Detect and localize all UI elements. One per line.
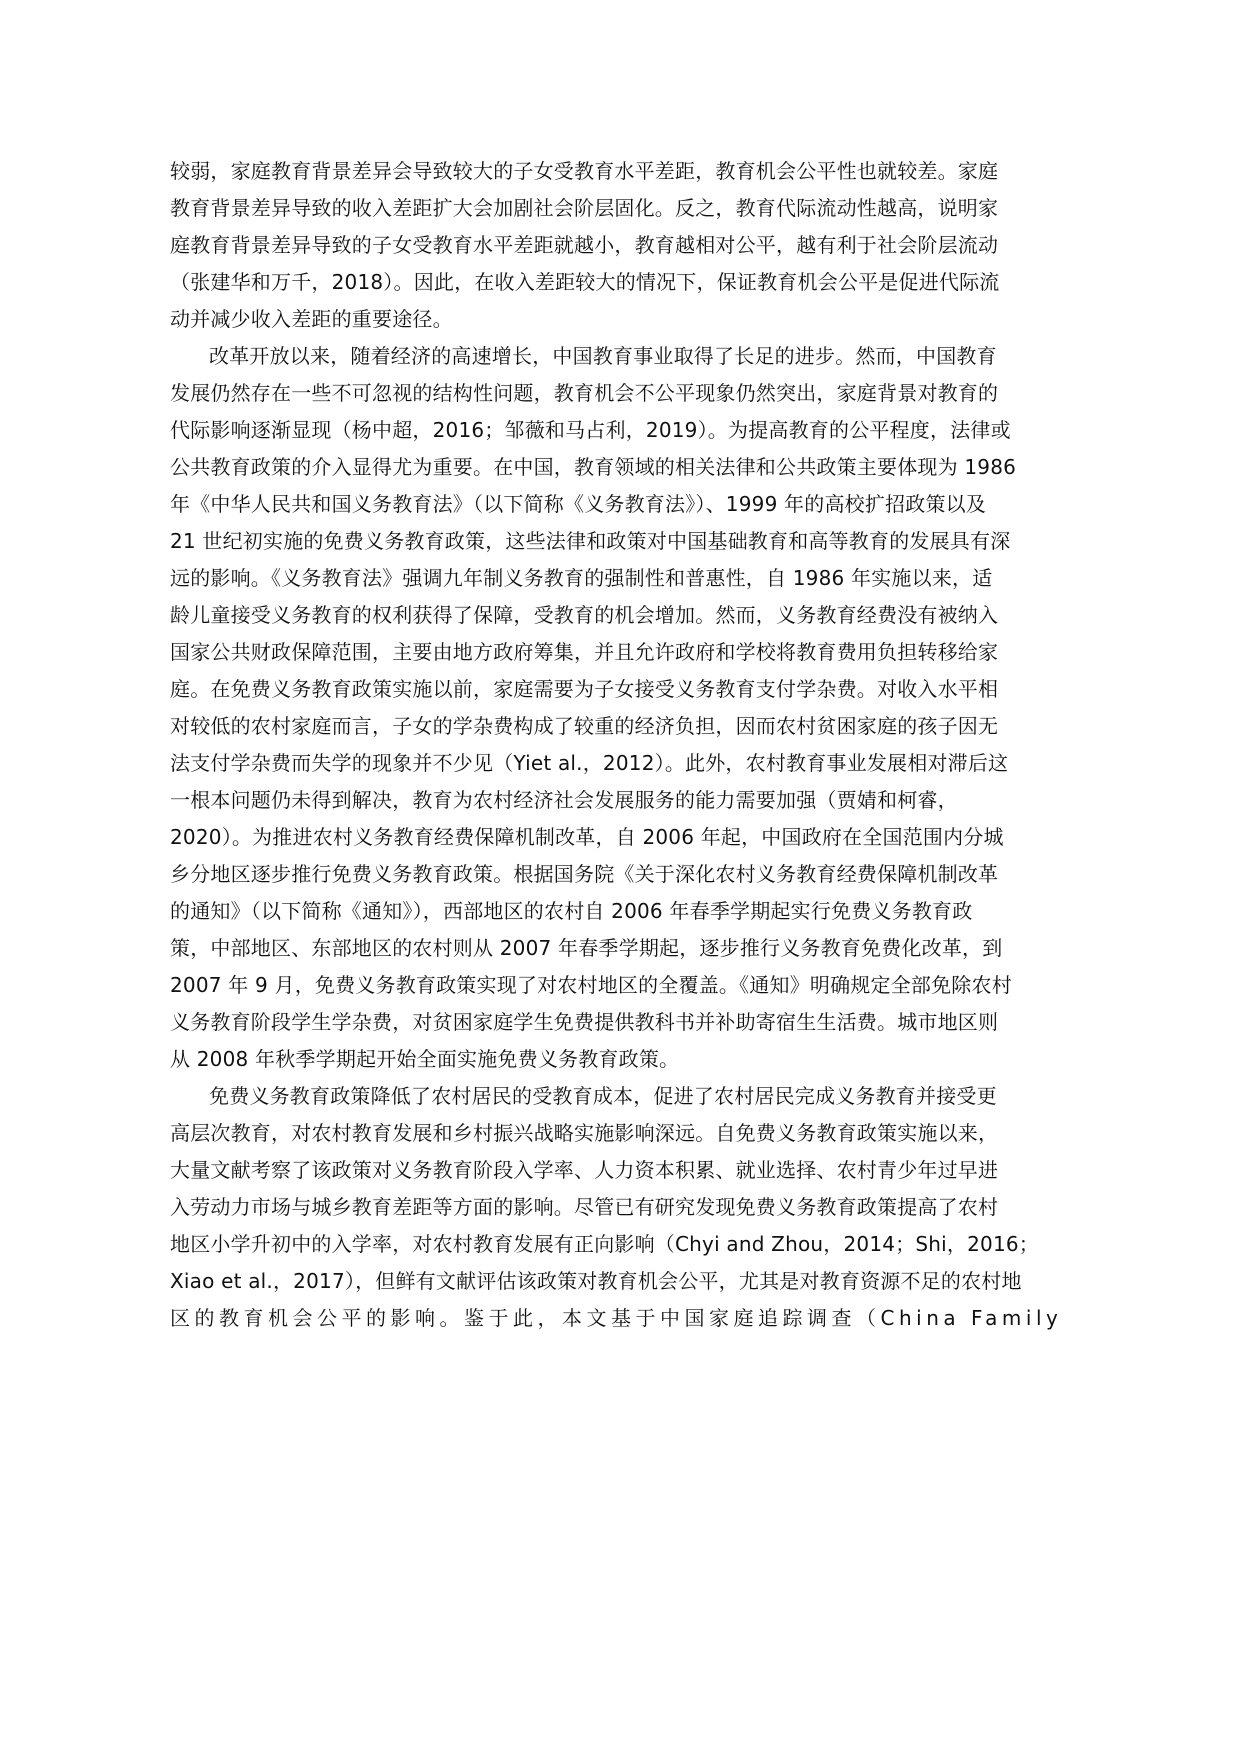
text-line: 入劳动力市场与城乡教育差距等方面的影响。尽管已有研究发现免费义务教育政策提高了农… [170, 1189, 1070, 1226]
text-line: 动并减少收入差距的重要途径。 [170, 301, 1070, 338]
text-line: 高层次教育，对农村教育发展和乡村振兴战略实施影响深远。自免费义务教育政策实施以来… [170, 1115, 1070, 1152]
text-line: 远的影响。《义务教育法》强调九年制义务教育的强制性和普惠性，自 1986 年实施… [170, 560, 1070, 597]
text-line: 从 2008 年秋季学期起开始全面实施免费义务教育政策。 [170, 1041, 1070, 1078]
text-line: 对较低的农村家庭而言，子女的学杂费构成了较重的经济负担，因而农村贫困家庭的孩子因… [170, 708, 1070, 745]
text-line: 代际影响逐渐显现（杨中超，2016；邹薇和马占利，2019）。为提高教育的公平程… [170, 412, 1070, 449]
text-line: 的通知》（以下简称《通知》），西部地区的农村自 2006 年春季学期起实行免费义… [170, 893, 1070, 930]
text-line: 区的教育机会公平的影响。鉴于此，本文基于中国家庭追踪调查（China Famil… [170, 1300, 1070, 1337]
text-line: 地区小学升初中的入学率，对农村教育发展有正向影响（Chyi and Zhou，2… [170, 1226, 1070, 1263]
text-line: 龄儿童接受义务教育的权利获得了保障，受教育的机会增加。然而，义务教育经费没有被纳… [170, 597, 1070, 634]
text-line: 公共教育政策的介入显得尤为重要。在中国，教育领域的相关法律和公共政策主要体现为 … [170, 449, 1070, 486]
text-line: 21 世纪初实施的免费义务教育政策，这些法律和政策对中国基础教育和高等教育的发展… [170, 523, 1070, 560]
text-line: （张建华和万千，2018）。因此，在收入差距较大的情况下，保证教育机会公平是促进… [170, 264, 1070, 301]
text-line: 义务教育阶段学生学杂费，对贫困家庭学生免费提供教科书并补助寄宿生生活费。城市地区… [170, 1004, 1070, 1041]
text-line: 庭教育背景差异导致的子女受教育水平差距就越小，教育越相对公平，越有利于社会阶层流… [170, 227, 1070, 264]
text-line: 2020）。为推进农村义务教育经费保障机制改革，自 2006 年起，中国政府在全… [170, 819, 1070, 856]
text-line: 一根本问题仍未得到解决，教育为农村经济社会发展服务的能力需要加强（贾婧和柯睿， [170, 782, 1070, 819]
text-line: 年《中华人民共和国义务教育法》（以下简称《义务教育法》）、1999 年的高校扩招… [170, 486, 1070, 523]
text-line: 免费义务教育政策降低了农村居民的受教育成本，促进了农村居民完成义务教育并接受更 [209, 1078, 1070, 1115]
text-line: 国家公共财政保障范围，主要由地方政府筹集，并且允许政府和学校将教育费用负担转移给… [170, 634, 1070, 671]
text-line: 大量文献考察了该政策对义务教育阶段入学率、人力资本积累、就业选择、农村青少年过早… [170, 1152, 1070, 1189]
text-line: 策，中部地区、东部地区的农村则从 2007 年春季学期起，逐步推行义务教育免费化… [170, 930, 1070, 967]
text-line: 2007 年 9 月，免费义务教育政策实现了对农村地区的全覆盖。《通知》明确规定… [170, 967, 1070, 1004]
text-line: 改革开放以来，随着经济的高速增长，中国教育事业取得了长足的进步。然而，中国教育 [209, 338, 1070, 375]
text-line: Xiao et al.，2017），但鲜有文献评估该政策对教育机会公平，尤其是对… [170, 1263, 1070, 1300]
text-line: 庭。在免费义务教育政策实施以前，家庭需要为子女接受义务教育支付学杂费。对收入水平… [170, 671, 1070, 708]
document-page: 较弱，家庭教育背景差异会导致较大的子女受教育水平差距，教育机会公平性也就较差。家… [0, 0, 1240, 1754]
text-line: 教育背景差异导致的收入差距扩大会加剧社会阶层固化。反之，教育代际流动性越高，说明… [170, 190, 1070, 227]
text-line: 发展仍然存在一些不可忽视的结构性问题，教育机会不公平现象仍然突出，家庭背景对教育… [170, 375, 1070, 412]
text-line: 较弱，家庭教育背景差异会导致较大的子女受教育水平差距，教育机会公平性也就较差。家… [170, 153, 1070, 190]
text-line: 乡分地区逐步推行免费义务教育政策。根据国务院《关于深化农村义务教育经费保障机制改… [170, 856, 1070, 893]
text-line: 法支付学杂费而失学的现象并不少见（Yiet al.，2012）。此外，农村教育事… [170, 745, 1070, 782]
